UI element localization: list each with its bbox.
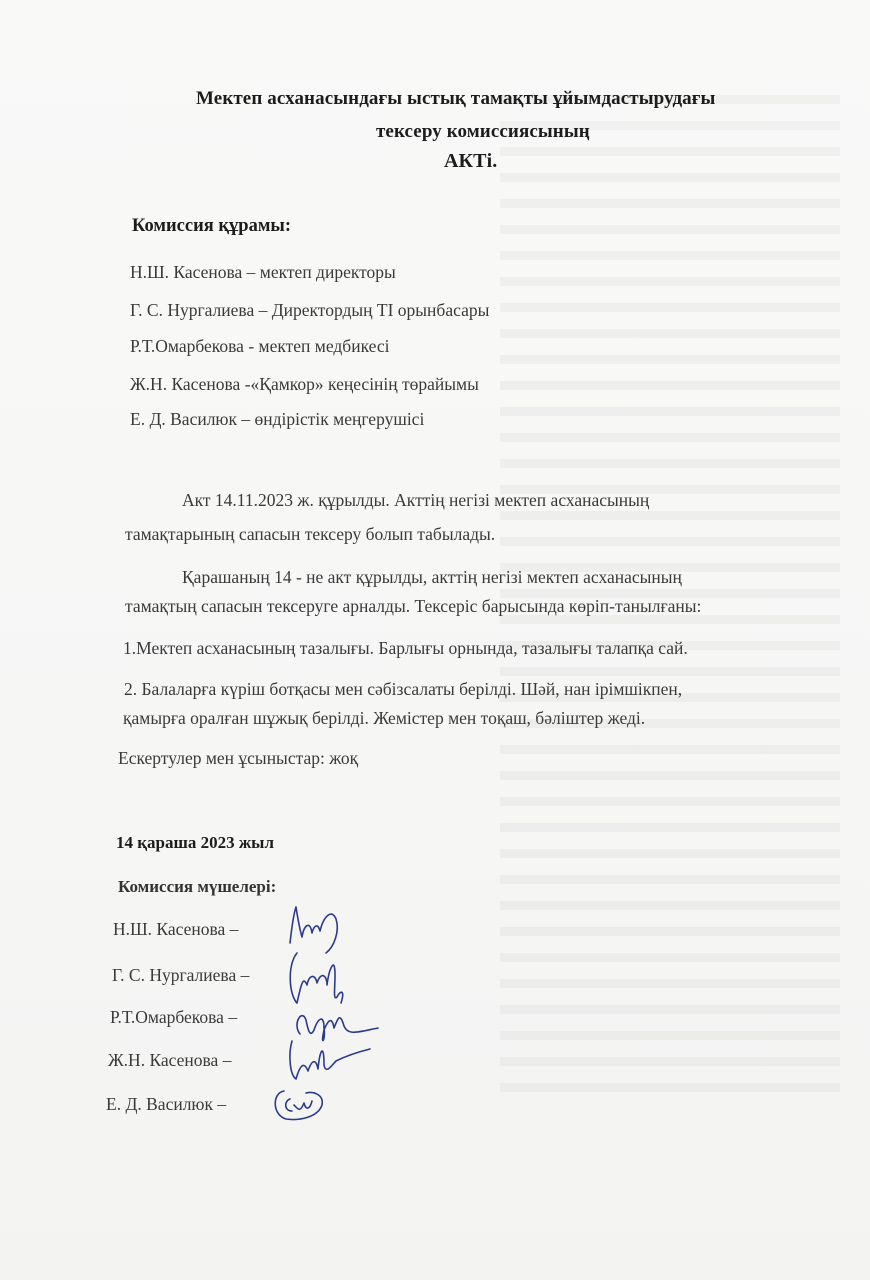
signature-5-icon bbox=[270, 1085, 330, 1125]
commission-member: Ж.Н. Касенова -«Қамкор» кеңесінің төрайы… bbox=[130, 374, 479, 395]
paragraph-1-line-2: тамақтарының сапасын тексеру болып табыл… bbox=[125, 524, 495, 545]
signature-3-icon bbox=[288, 1000, 388, 1050]
act-date: 14 қараша 2023 жыл bbox=[116, 833, 274, 853]
commission-heading: Комиссия құрамы: bbox=[132, 216, 291, 237]
document-title-line-2: тексеру комиссиясының bbox=[376, 121, 590, 143]
reverse-side-bleed-through bbox=[500, 95, 840, 1095]
signatory-name: Н.Ш. Касенова – bbox=[113, 919, 238, 940]
members-heading: Комиссия мүшелері: bbox=[118, 877, 276, 897]
signatory-name: Е. Д. Василюк – bbox=[106, 1094, 226, 1115]
signatory-name: Г. С. Нургалиева – bbox=[112, 965, 249, 986]
commission-member: Е. Д. Василюк – өндірістік меңгерушісі bbox=[130, 409, 424, 430]
document-page: Мектеп асханасындағы ыстық тамақты ұйымд… bbox=[0, 0, 870, 1280]
signature-2-icon bbox=[283, 945, 363, 1015]
commission-member: Г. С. Нургалиева – Директордың ТІ орынба… bbox=[130, 300, 489, 321]
signatory-name: Р.Т.Омарбекова – bbox=[110, 1007, 237, 1028]
paragraph-2-line-2: тамақтың сапасын тексеруге арналды. Текс… bbox=[125, 596, 701, 617]
finding-2-line-1: 2. Балаларға күріш ботқасы мен сәбізсала… bbox=[124, 679, 682, 700]
paragraph-2-line-1: Қарашаның 14 - не акт құрылды, акттің не… bbox=[182, 567, 682, 588]
document-title-line-1: Мектеп асханасындағы ыстық тамақты ұйымд… bbox=[196, 88, 715, 110]
finding-2-line-2: қамырға оралған шұжық берілді. Жемістер … bbox=[123, 708, 645, 729]
finding-1: 1.Мектеп асханасының тазалығы. Барлығы о… bbox=[123, 638, 688, 659]
paragraph-1-line-1: Акт 14.11.2023 ж. құрылды. Акттің негізі… bbox=[182, 490, 649, 511]
document-title-line-3: АКТі. bbox=[444, 150, 497, 173]
signatory-name: Ж.Н. Касенова – bbox=[108, 1050, 231, 1071]
commission-member: Н.Ш. Касенова – мектеп директоры bbox=[130, 262, 396, 283]
signature-1-icon bbox=[280, 895, 360, 965]
commission-member: Р.Т.Омарбекова - мектеп медбикесі bbox=[130, 336, 389, 357]
signature-4-icon bbox=[278, 1035, 378, 1090]
remarks: Ескертулер мен ұсыныстар: жоқ bbox=[118, 748, 358, 769]
